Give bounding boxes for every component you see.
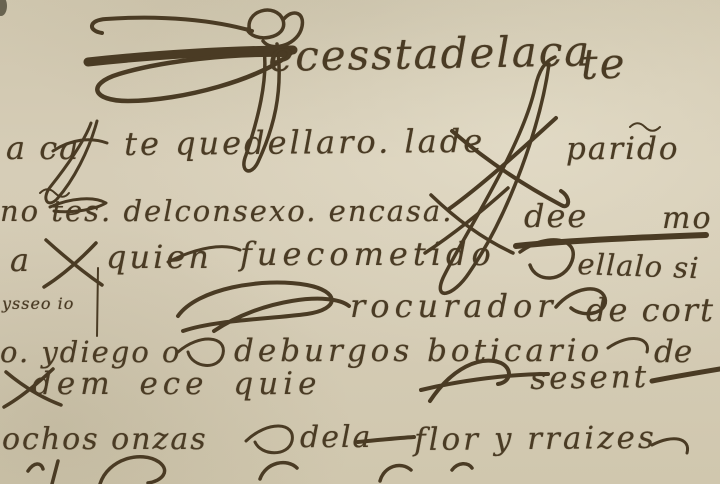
line1-text-c: parido [566,134,680,165]
line4-text-decort: de cort [586,294,715,326]
partial-line-strokes [28,457,472,484]
line3-text-ellalosi: ellalo si [577,250,700,283]
line7-text-a: ochos onzas [2,425,208,455]
line2-text-mo: mo [662,204,713,234]
margin-note-text: ysseo io [2,296,74,312]
line1-text-a: a ca [6,132,80,164]
line2-text-a: no tes. delconsexo. encasa. [0,197,453,226]
title-text-main: ecesstadelaca [268,30,592,78]
line6-text-sesent: sesent [530,362,649,395]
line5-end-loop-stroke [608,339,647,352]
line7-text-dela: dela [300,423,372,453]
line1-text-b: te quedellaro. lade [124,125,485,160]
line3-x-cross-stroke [44,240,102,287]
title-text-end: te [580,42,627,86]
line3-text-a: a [10,244,29,276]
manuscript-page: ecesstadelaca te a ca te quedellaro. lad… [0,0,720,484]
line4-text-rocurador: rocurador [350,290,558,322]
line7-end-curl-stroke [652,439,688,453]
margin-rule-stroke [97,268,98,336]
line2-text-dee: dee [524,200,588,232]
line6-end-dash-stroke [652,369,720,381]
procurador-p-flourish-stroke [178,283,349,331]
line7-text-c: flor y rraizes [414,423,657,456]
title-top-hook-stroke [92,18,252,33]
line3-text-fuecometido: fuecometido [240,238,496,270]
line7-loop-stroke [246,426,292,453]
line5-loop-stroke [178,339,223,365]
line5-text-c: de [654,337,692,368]
line6-text-a: dem ece quie [32,369,321,400]
line5-text-a: o. ydiego o [0,338,181,367]
line3-text-quien: quien [106,241,212,273]
parido-tilde-stroke [630,123,660,131]
